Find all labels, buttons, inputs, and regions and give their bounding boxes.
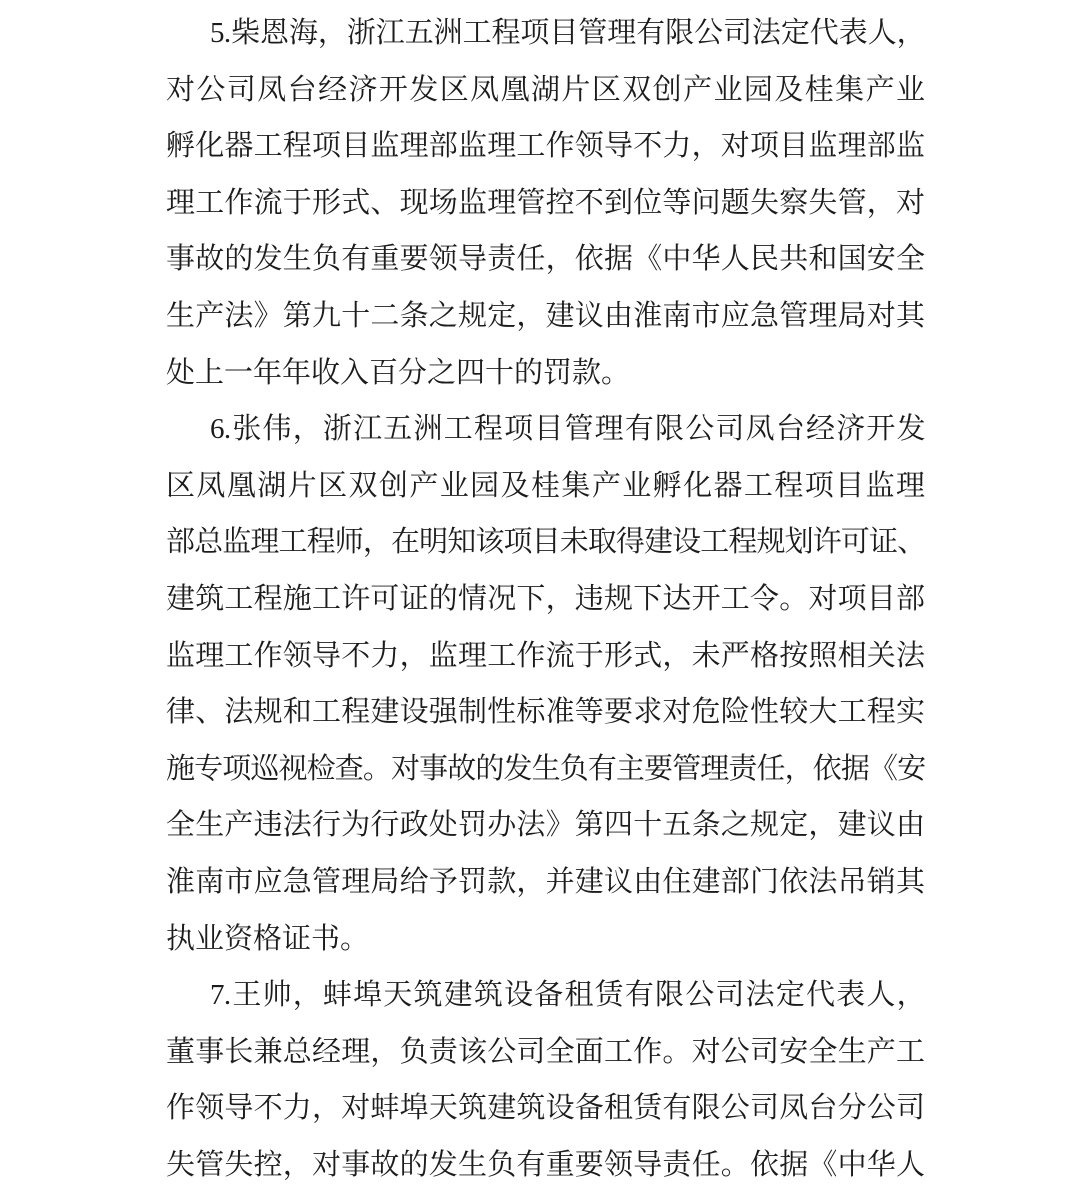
text-line: 7.王帅，蚌埠天筑建筑设备租赁有限公司法定代表人，	[166, 967, 925, 1024]
text-line: 施专项巡视检查。对事故的发生负有主要管理责任，依据《安	[166, 741, 925, 798]
text-line: 律、法规和工程建设强制性标准等要求对危险性较大工程实	[166, 684, 925, 741]
text-line: 部总监理工程师，在明知该项目未取得建设工程规划许可证、	[166, 514, 925, 571]
text-line: 执业资格证书。	[166, 911, 925, 968]
text-line: 生产法》第九十二条之规定，建议由淮南市应急管理局对其	[166, 288, 925, 345]
text-line: 失管失控，对事故的发生负有重要领导责任。依据《中华人	[166, 1137, 925, 1192]
text-line: 淮南市应急管理局给予罚款，并建议由住建部门依法吊销其	[166, 854, 925, 911]
text-line: 理工作流于形式、现场监理管控不到位等问题失察失管，对	[166, 175, 925, 232]
text-line: 孵化器工程项目监理部监理工作领导不力，对项目监理部监	[166, 118, 925, 175]
paragraph-5-chai-enhai: 5.柴恩海，浙江五洲工程项目管理有限公司法定代表人， 对公司凤台经济开发区凤凰湖…	[166, 5, 925, 401]
paragraph-7-wang-shuai: 7.王帅，蚌埠天筑建筑设备租赁有限公司法定代表人， 董事长兼总经理，负责该公司全…	[166, 967, 925, 1192]
paragraph-6-zhang-wei: 6.张伟，浙江五洲工程项目管理有限公司凤台经济开发 区凤凰湖片区双创产业园及桂集…	[166, 401, 925, 967]
text-line: 处上一年年收入百分之四十的罚款。	[166, 345, 925, 402]
document-page: 5.柴恩海，浙江五洲工程项目管理有限公司法定代表人， 对公司凤台经济开发区凤凰湖…	[0, 0, 1080, 1192]
text-line: 建筑工程施工许可证的情况下，违规下达开工令。对项目部	[166, 571, 925, 628]
text-line: 作领导不力，对蚌埠天筑建筑设备租赁有限公司凤台分公司	[166, 1080, 925, 1137]
text-line: 6.张伟，浙江五洲工程项目管理有限公司凤台经济开发	[166, 401, 925, 458]
text-line: 事故的发生负有重要领导责任，依据《中华人民共和国安全	[166, 231, 925, 288]
text-line: 监理工作领导不力，监理工作流于形式，未严格按照相关法	[166, 628, 925, 685]
text-line: 对公司凤台经济开发区凤凰湖片区双创产业园及桂集产业	[166, 62, 925, 119]
text-line: 区凤凰湖片区双创产业园及桂集产业孵化器工程项目监理	[166, 458, 925, 515]
text-line: 全生产违法行为行政处罚办法》第四十五条之规定，建议由	[166, 797, 925, 854]
text-line: 5.柴恩海，浙江五洲工程项目管理有限公司法定代表人，	[166, 5, 925, 62]
text-line: 董事长兼总经理，负责该公司全面工作。对公司安全生产工	[166, 1024, 925, 1081]
